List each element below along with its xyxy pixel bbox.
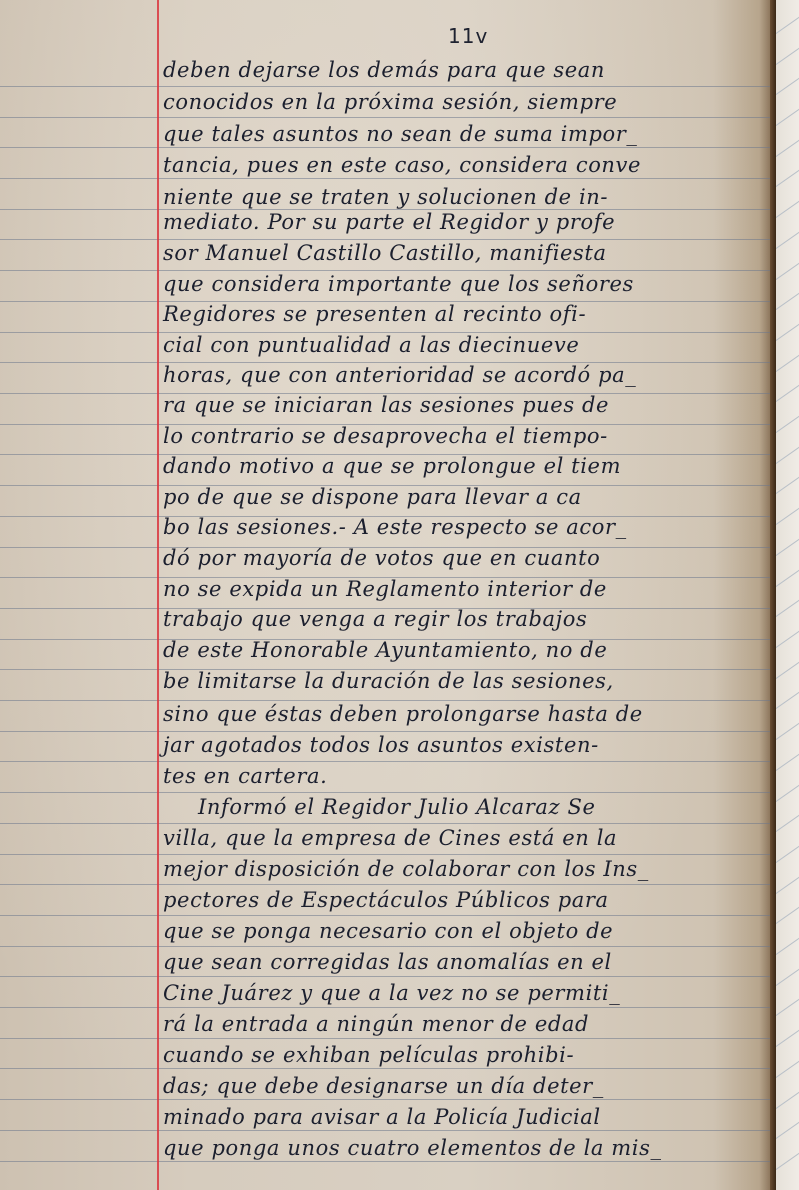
ruled-line: [0, 1038, 770, 1039]
ruled-line: [0, 884, 770, 885]
text-line: bo las sesiones.- A este respecto se aco…: [163, 515, 763, 539]
text-line: mejor disposición de colaborar con los I…: [163, 857, 763, 881]
next-page-rule: [776, 1147, 799, 1176]
text-line: tes en cartera.: [163, 764, 763, 788]
ruled-line: [0, 1099, 770, 1100]
next-page-rule: [776, 318, 799, 347]
text-line: pectores de Espectáculos Públicos para: [163, 888, 763, 912]
next-page-rule: [776, 1116, 799, 1145]
text-line: das; que debe designarse un día deter_: [163, 1074, 763, 1098]
text-line: mediato. Por su parte el Regidor y profe: [163, 210, 763, 234]
text-line: dando motivo a que se prolongue el tiem: [163, 454, 763, 478]
text-line: que sean corregidas las anomalías en el: [163, 950, 763, 974]
text-line: que considera importante que los señores: [163, 272, 763, 296]
next-page-rule: [776, 72, 799, 101]
next-page-rule: [776, 379, 799, 408]
ledger-page: 11v deben dejarse los demás para que sea…: [0, 0, 775, 1190]
ruled-line: [0, 854, 770, 855]
text-line: sor Manuel Castillo Castillo, manifiesta: [163, 241, 763, 265]
text-line: que tales asuntos no sean de suma impor_: [163, 122, 763, 146]
next-page-rule: [776, 809, 799, 838]
ruled-line: [0, 731, 770, 732]
text-line: trabajo que venga a regir los trabajos: [163, 607, 763, 631]
ruled-line: [0, 761, 770, 762]
next-page-rule: [776, 686, 799, 715]
next-page-rule: [776, 871, 799, 900]
next-page-rule: [776, 103, 799, 132]
text-line: de este Honorable Ayuntamiento, no de: [163, 638, 763, 662]
text-line: conocidos en la próxima sesión, siempre: [163, 90, 763, 114]
next-page-rule: [776, 1024, 799, 1053]
next-page-rule: [776, 226, 799, 255]
next-page-rule: [776, 993, 799, 1022]
next-page-rule: [776, 625, 799, 654]
ledger-photo: 11v deben dejarse los demás para que sea…: [0, 0, 799, 1190]
text-line: be limitarse la duración de las sesiones…: [163, 669, 763, 693]
next-page-rule: [776, 779, 799, 808]
text-line: no se expida un Reglamento interior de: [163, 577, 763, 601]
ruled-line: [0, 1068, 770, 1069]
text-line: horas, que con anterioridad se acordó pa…: [163, 363, 763, 387]
next-page-edge: [776, 0, 799, 1190]
next-page-rule: [776, 564, 799, 593]
next-page-rule: [776, 441, 799, 470]
text-line: Regidores se presenten al recinto ofi-: [163, 302, 763, 326]
next-page-rule: [776, 42, 799, 71]
ruled-line: [0, 178, 770, 179]
text-line: jar agotados todos los asuntos existen-: [163, 733, 763, 757]
ruled-line: [0, 700, 770, 701]
text-line: cial con puntualidad a las diecinueve: [163, 333, 763, 357]
ruled-line: [0, 915, 770, 916]
text-line: villa, que la empresa de Cines está en l…: [163, 826, 763, 850]
next-page-rule: [776, 11, 799, 40]
next-page-rule: [776, 533, 799, 562]
ruled-line: [0, 86, 770, 87]
text-line: tancia, pues en este caso, considera con…: [163, 153, 763, 177]
text-line: minado para avisar a la Policía Judicial: [163, 1105, 763, 1129]
next-page-rule: [776, 410, 799, 439]
next-page-rule: [776, 195, 799, 224]
next-page-rule: [776, 287, 799, 316]
text-line: lo contrario se desaprovecha el tiempo-: [163, 424, 763, 448]
margin-rule: [157, 0, 159, 1190]
next-page-rule: [776, 164, 799, 193]
next-page-rule: [776, 963, 799, 992]
next-page-rule: [776, 717, 799, 746]
text-line: ra que se iniciaran las sesiones pues de: [163, 393, 763, 417]
next-page-rule: [776, 840, 799, 869]
next-page-rule: [776, 594, 799, 623]
text-line: rá la entrada a ningún menor de edad: [163, 1012, 763, 1036]
next-page-rule: [776, 349, 799, 378]
next-page-rule: [776, 257, 799, 286]
text-line: niente que se traten y solucionen de in-: [163, 185, 763, 209]
text-line: que se ponga necesario con el objeto de: [163, 919, 763, 943]
ruled-line: [0, 1161, 770, 1162]
next-page-rule: [776, 932, 799, 961]
next-page-rule: [776, 134, 799, 163]
ruled-line: [0, 946, 770, 947]
text-line: dó por mayoría de votos que en cuanto: [163, 546, 763, 570]
ruled-line: [0, 147, 770, 148]
text-line: Cine Juárez y que a la vez no se permiti…: [163, 981, 763, 1005]
page-folio: 11v: [448, 24, 488, 48]
text-line: sino que éstas deben prolongarse hasta d…: [163, 702, 763, 726]
ruled-line: [0, 792, 770, 793]
text-line: deben dejarse los demás para que sean: [163, 58, 763, 82]
text-line: po de que se dispone para llevar a ca: [163, 485, 763, 509]
next-page-rule: [776, 1086, 799, 1115]
ruled-line: [0, 270, 770, 271]
next-page-rule: [776, 656, 799, 685]
ruled-line: [0, 976, 770, 977]
ruled-line: [0, 823, 770, 824]
ruled-line: [0, 239, 770, 240]
ruled-line: [0, 1007, 770, 1008]
next-page-rule: [776, 748, 799, 777]
next-page-rule: [776, 471, 799, 500]
text-line: que ponga unos cuatro elementos de la mi…: [163, 1136, 763, 1160]
ruled-line: [0, 1130, 770, 1131]
text-line: cuando se exhiban películas prohibi-: [163, 1043, 763, 1067]
next-page-rule: [776, 901, 799, 930]
ruled-line: [0, 117, 770, 118]
text-line-paragraph-start: Informó el Regidor Julio Alcaraz Se: [198, 795, 798, 819]
next-page-rule: [776, 502, 799, 531]
next-page-rule: [776, 1055, 799, 1084]
